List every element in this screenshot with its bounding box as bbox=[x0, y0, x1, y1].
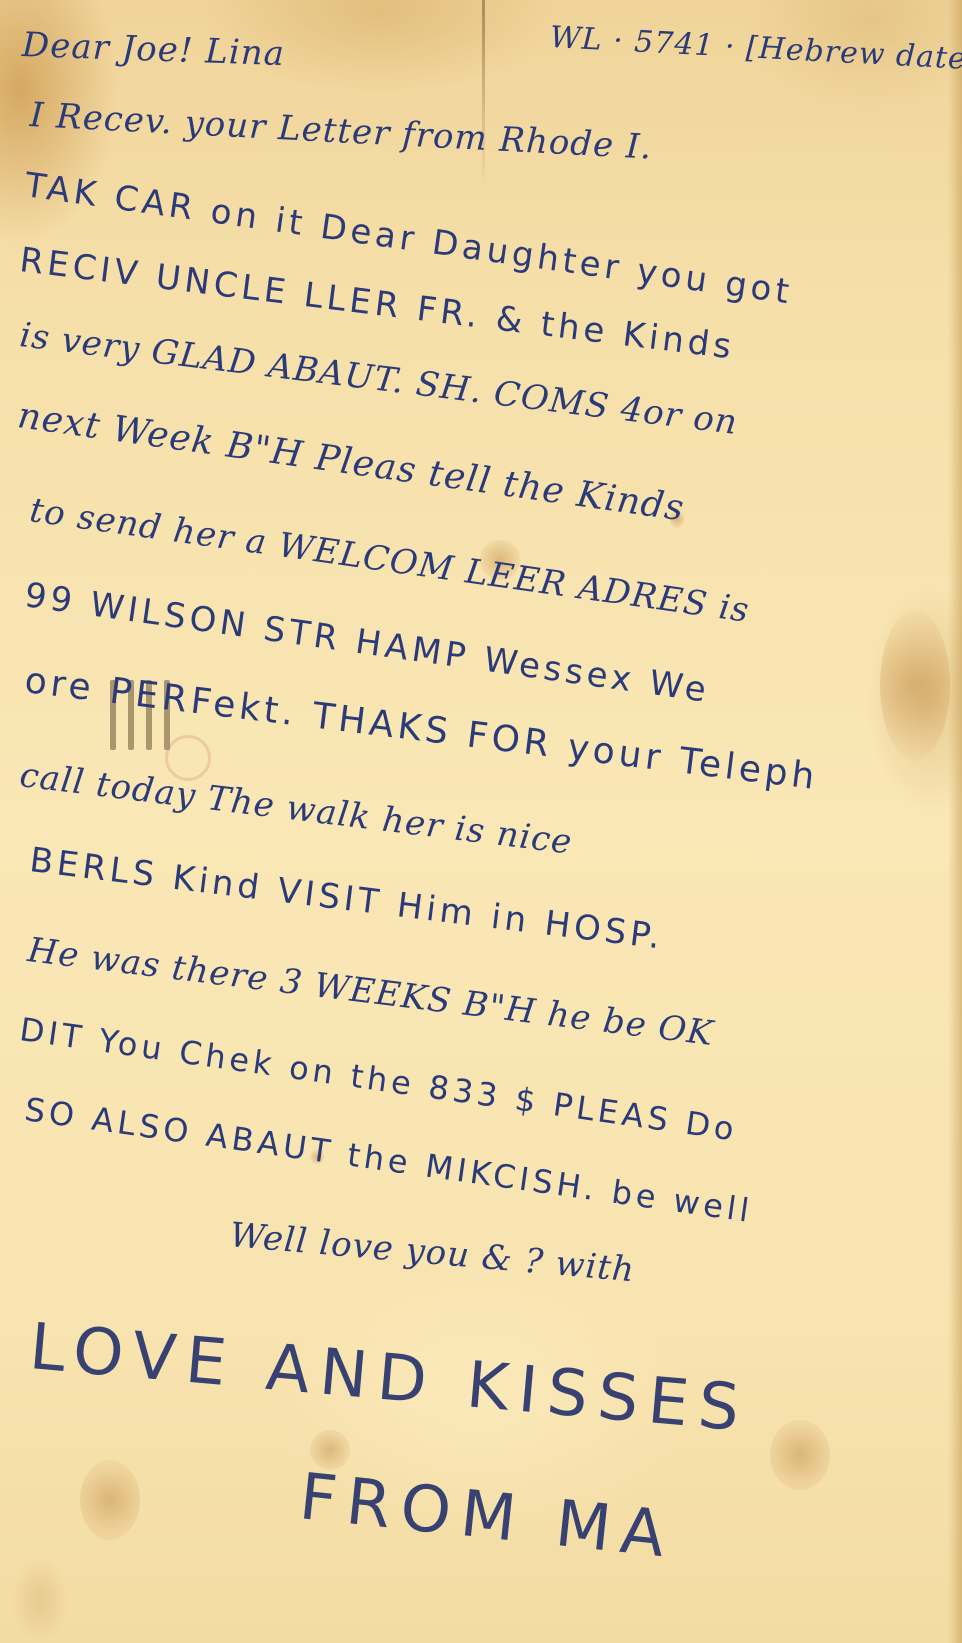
letter-line-2: I Recev. your Letter from Rhode I. bbox=[29, 95, 653, 168]
closing-signature: FROM MA bbox=[296, 1460, 678, 1573]
stain bbox=[80, 1460, 140, 1540]
closing-love-and-kisses: LOVE AND KISSES bbox=[27, 1310, 752, 1447]
stain bbox=[770, 1420, 830, 1490]
letter-line-10: call today The walk her is nice bbox=[18, 755, 575, 863]
letter-line-11: BERLS Kind VISIT Him in HOSP. bbox=[28, 840, 667, 958]
letter-line-15: Well love you & ? with bbox=[228, 1215, 636, 1290]
letter-line-1: Dear Joe! Lina bbox=[21, 25, 285, 74]
paper-edge bbox=[948, 0, 962, 1643]
stain bbox=[880, 610, 950, 760]
paper-fold-crease bbox=[482, 0, 485, 190]
letter-paper: WL · 5741 · [Hebrew date] Dear Joe! Lina… bbox=[0, 0, 962, 1643]
header-note: WL · 5741 · [Hebrew date] bbox=[549, 20, 962, 77]
